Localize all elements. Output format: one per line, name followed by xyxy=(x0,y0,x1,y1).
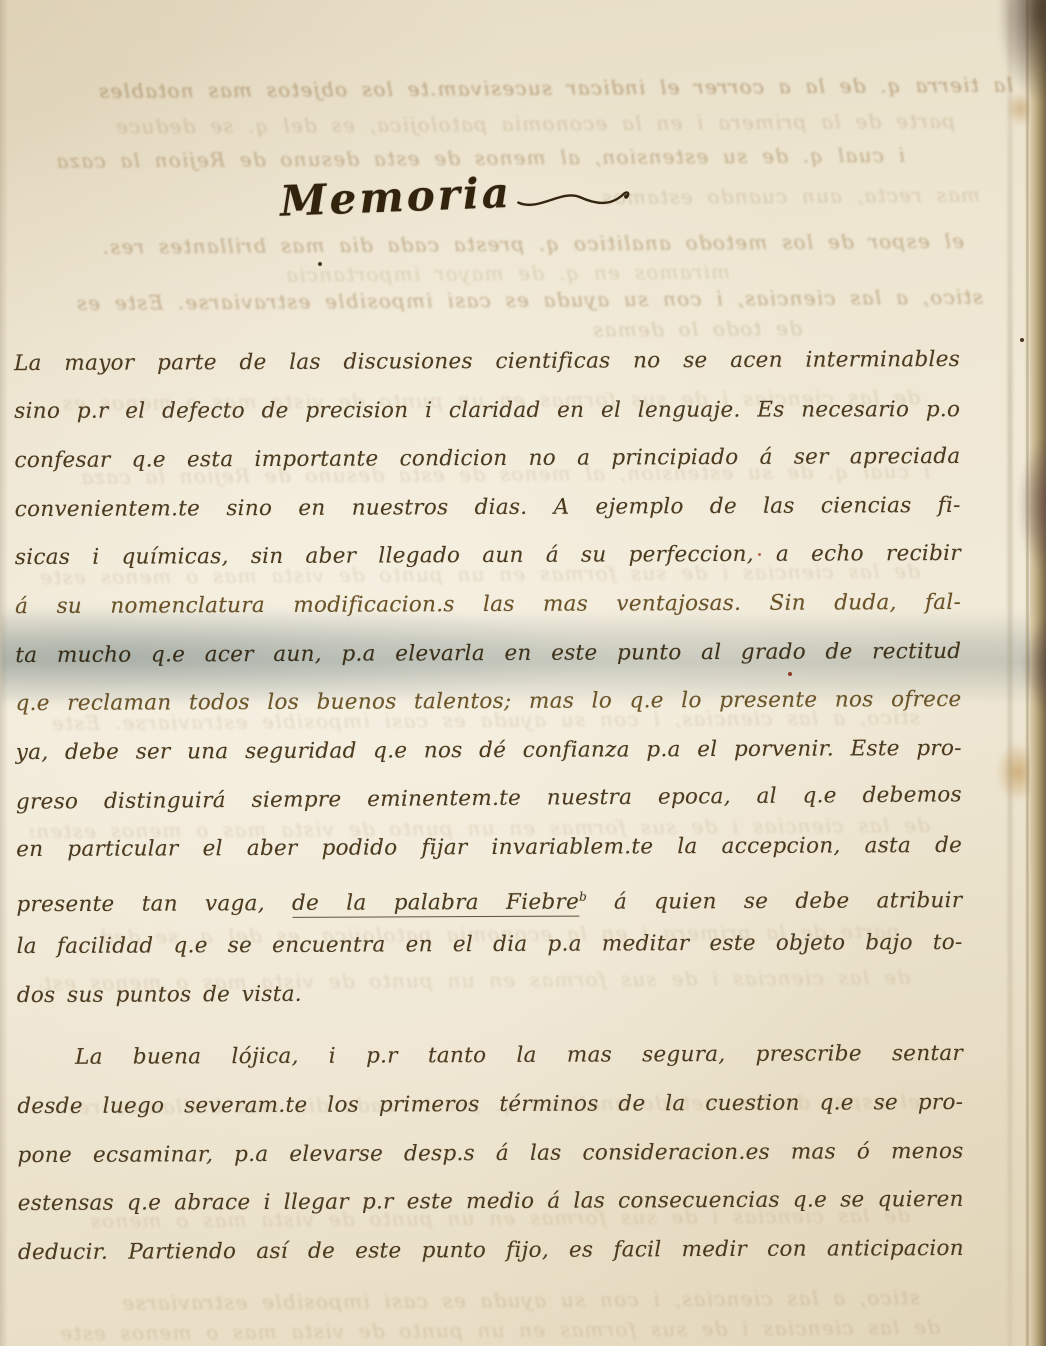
edge-shadow-fold xyxy=(1024,620,1046,710)
paragraph-1: La mayor parte de las discusiones cienti… xyxy=(14,336,963,1020)
manuscript-line-fiebre: presente tan vaga, de la palabra Fiebreb… xyxy=(16,870,962,923)
manuscript-line: pone ecsaminar, p.a elevarse desp.s á la… xyxy=(17,1127,963,1180)
bleedthrough-line: miramos en q. de mayor importancia xyxy=(30,260,730,289)
manuscript-line: en particular el aber podido fijar invar… xyxy=(16,822,962,875)
bleedthrough-line: i cual q. de su estension, al menos de e… xyxy=(0,143,905,173)
line-segment: á quien se debe atribuir xyxy=(587,888,963,915)
manuscript-line: La buena lójica, i p.r tanto la mas segu… xyxy=(17,1030,963,1083)
page-left-edge-shade xyxy=(0,0,8,1346)
book-fore-edge xyxy=(1030,0,1046,1346)
document-title: Memoria xyxy=(279,163,635,226)
manuscript-line: la facilidad q.e se encuentra en el dia … xyxy=(17,919,963,972)
foxing-stain-small xyxy=(1006,92,1036,126)
line-segment: presente tan vaga, xyxy=(16,891,292,917)
manuscript-page: la tierra q. de la a correr el indicar s… xyxy=(0,0,1046,1346)
manuscript-line: q.e reclaman todos los buenos talentos; … xyxy=(15,676,961,729)
bleedthrough-line: de las ciencias i de sus formas en un pu… xyxy=(60,1315,940,1345)
bleedthrough-line: la tierra q. de la a correr el indicar s… xyxy=(28,73,1013,104)
page-edge-crease xyxy=(1008,0,1012,1346)
flourish-icon xyxy=(516,182,635,217)
bleedthrough-line: parte de la primera i en la economia pat… xyxy=(0,109,955,140)
manuscript-line: á su nomenclatura modificacion.s las mas… xyxy=(15,579,961,632)
edge-shadow-top xyxy=(1000,0,1046,98)
bleedthrough-line: stico, a las ciencias, i con su ayuda es… xyxy=(120,1285,920,1315)
manuscript-line: sino p.r el defecto de precision i clari… xyxy=(14,386,960,436)
title-text: Memoria xyxy=(279,168,513,226)
bleedthrough-line: el espor de los metodo analitico q. pres… xyxy=(14,229,964,260)
underlined-phrase-fiebre: de la palabra Fiebre xyxy=(292,889,579,917)
manuscript-line: ya, debe ser una seguridad q.e nos dé co… xyxy=(16,725,962,778)
manuscript-line: convenientem.te sino en nuestros dias. A… xyxy=(15,482,961,535)
bleedthrough-line: stico, a las ciencias, i con su ayuda es… xyxy=(8,285,983,316)
manuscript-line: desde luego severam.te los primeros térm… xyxy=(17,1079,963,1132)
page-edge-line xyxy=(1026,0,1029,1346)
manuscript-line: deducir. Partiendo así de este punto fij… xyxy=(18,1225,964,1278)
foxing-stain xyxy=(996,742,1040,802)
manuscript-line: ta mucho q.e acer aun, p.a elevarla en e… xyxy=(15,628,961,681)
edge-shadow-mid xyxy=(1020,440,1046,570)
manuscript-line: sicas i químicas, sin aber llegado aun á… xyxy=(15,530,961,583)
manuscript-body: La mayor parte de las discusiones cienti… xyxy=(14,336,964,1277)
paragraph-2: La buena lójica, i p.r tanto la mas segu… xyxy=(17,1030,964,1277)
manuscript-line: greso distinguirá siempre eminentem.te n… xyxy=(16,772,962,828)
ink-speck xyxy=(1020,338,1024,342)
manuscript-line: dos sus puntos de vista. xyxy=(17,968,963,1021)
manuscript-line: confesar q.e esta importante condicion n… xyxy=(14,433,960,486)
ink-dot xyxy=(318,262,322,266)
manuscript-line: La mayor parte de las discusiones cienti… xyxy=(14,336,960,389)
manuscript-line: estensas q.e abrace i llegar p.r este me… xyxy=(18,1176,964,1229)
